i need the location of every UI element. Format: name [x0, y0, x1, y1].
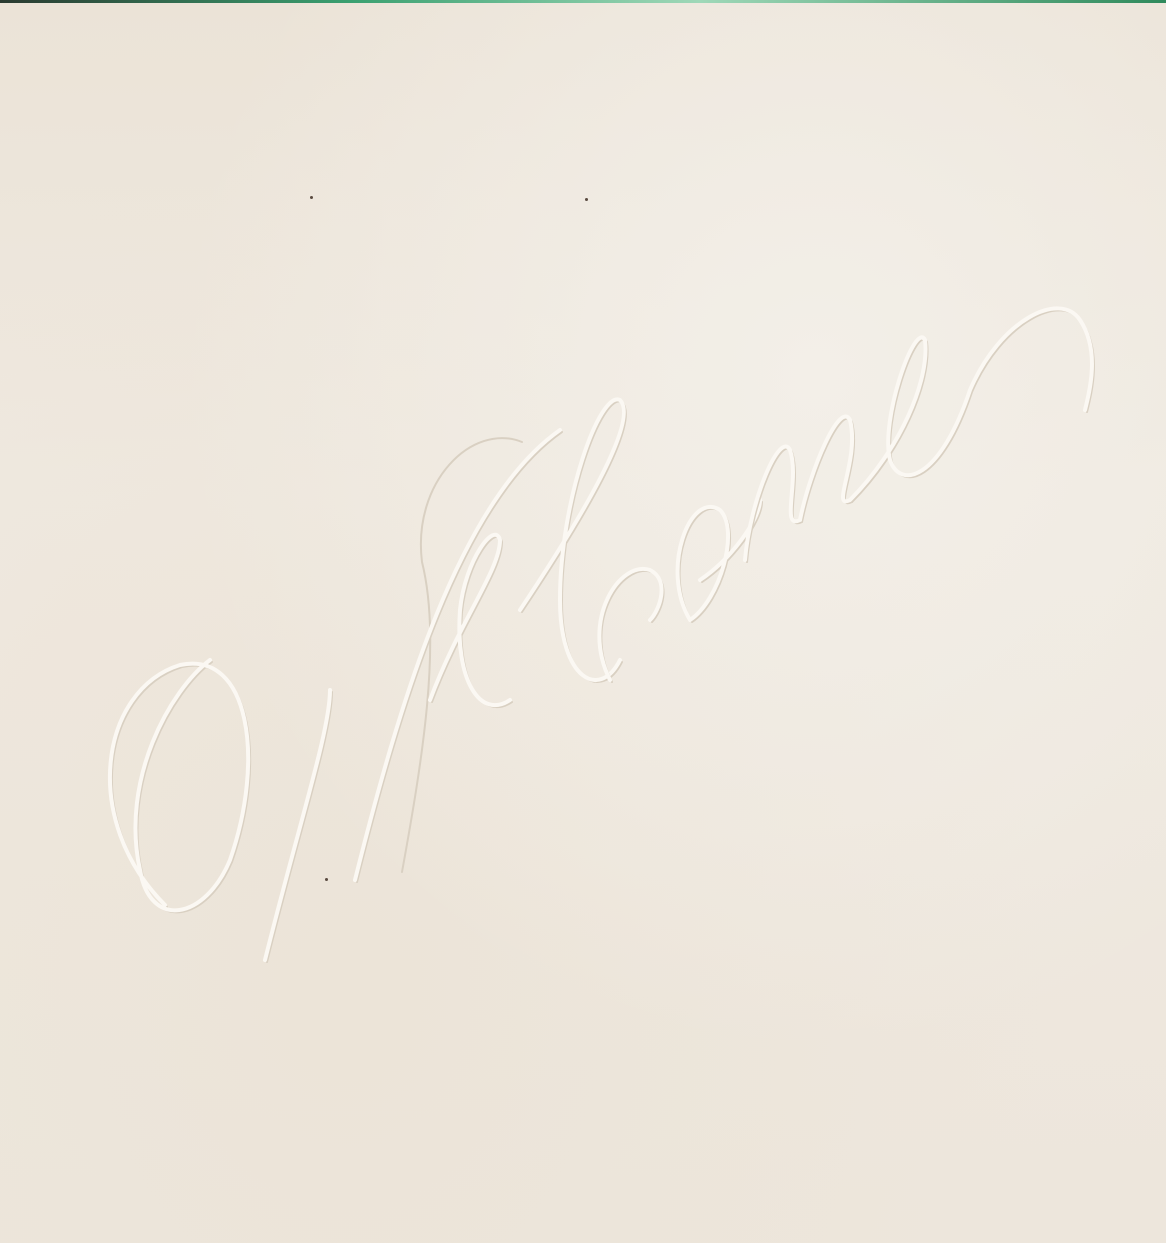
album-cover: Welcome: [0, 0, 1166, 1243]
embossed-welcome-script: [0, 0, 1166, 1243]
dust-speck: [585, 198, 588, 201]
dust-speck: [310, 196, 313, 199]
dust-speck: [325, 878, 328, 881]
